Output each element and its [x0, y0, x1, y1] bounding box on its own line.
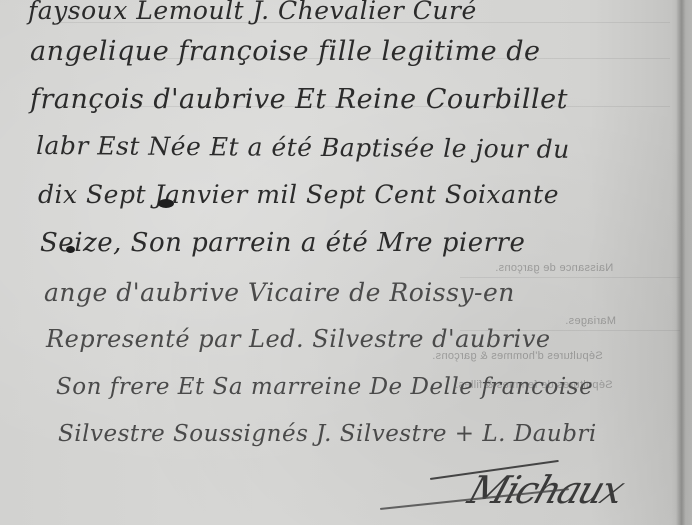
handwritten-line-10: Silvestre Soussignés J. Silvestre + L. D… — [58, 421, 597, 447]
handwritten-line-2: angelique françoise fille legitime de — [30, 36, 540, 67]
handwritten-line-9: Son frere Et Sa marreine De Delle franco… — [56, 374, 593, 400]
bleed-through-label: Naissance de garçons. — [495, 262, 613, 274]
ink-blot — [158, 199, 174, 208]
handwritten-line-1: faysoux Lemoult J. Chevalier Curé — [28, 0, 477, 25]
handwritten-line-7: ange d'aubrive Vicaire de Roissy-en — [44, 278, 515, 307]
handwritten-line-3: françois d'aubrive Et Reine Courbillet — [30, 84, 568, 115]
page-binding-edge — [676, 0, 692, 525]
register-page: Naissance de garçons. Mariages. Sépultur… — [0, 0, 692, 525]
handwritten-line-8: Representé par Led. Silvestre d'aubrive — [46, 325, 551, 353]
bleed-through-label: Mariages. — [565, 315, 616, 327]
ink-blot — [66, 246, 75, 253]
handwritten-line-6: Seize, Son parrein a été Mre pierre — [40, 228, 525, 258]
handwritten-line-5: dix Sept Janvier mil Sept Cent Soixante — [38, 180, 559, 209]
handwritten-line-4: labr Est Née Et a été Baptisée le jour d… — [36, 131, 570, 164]
